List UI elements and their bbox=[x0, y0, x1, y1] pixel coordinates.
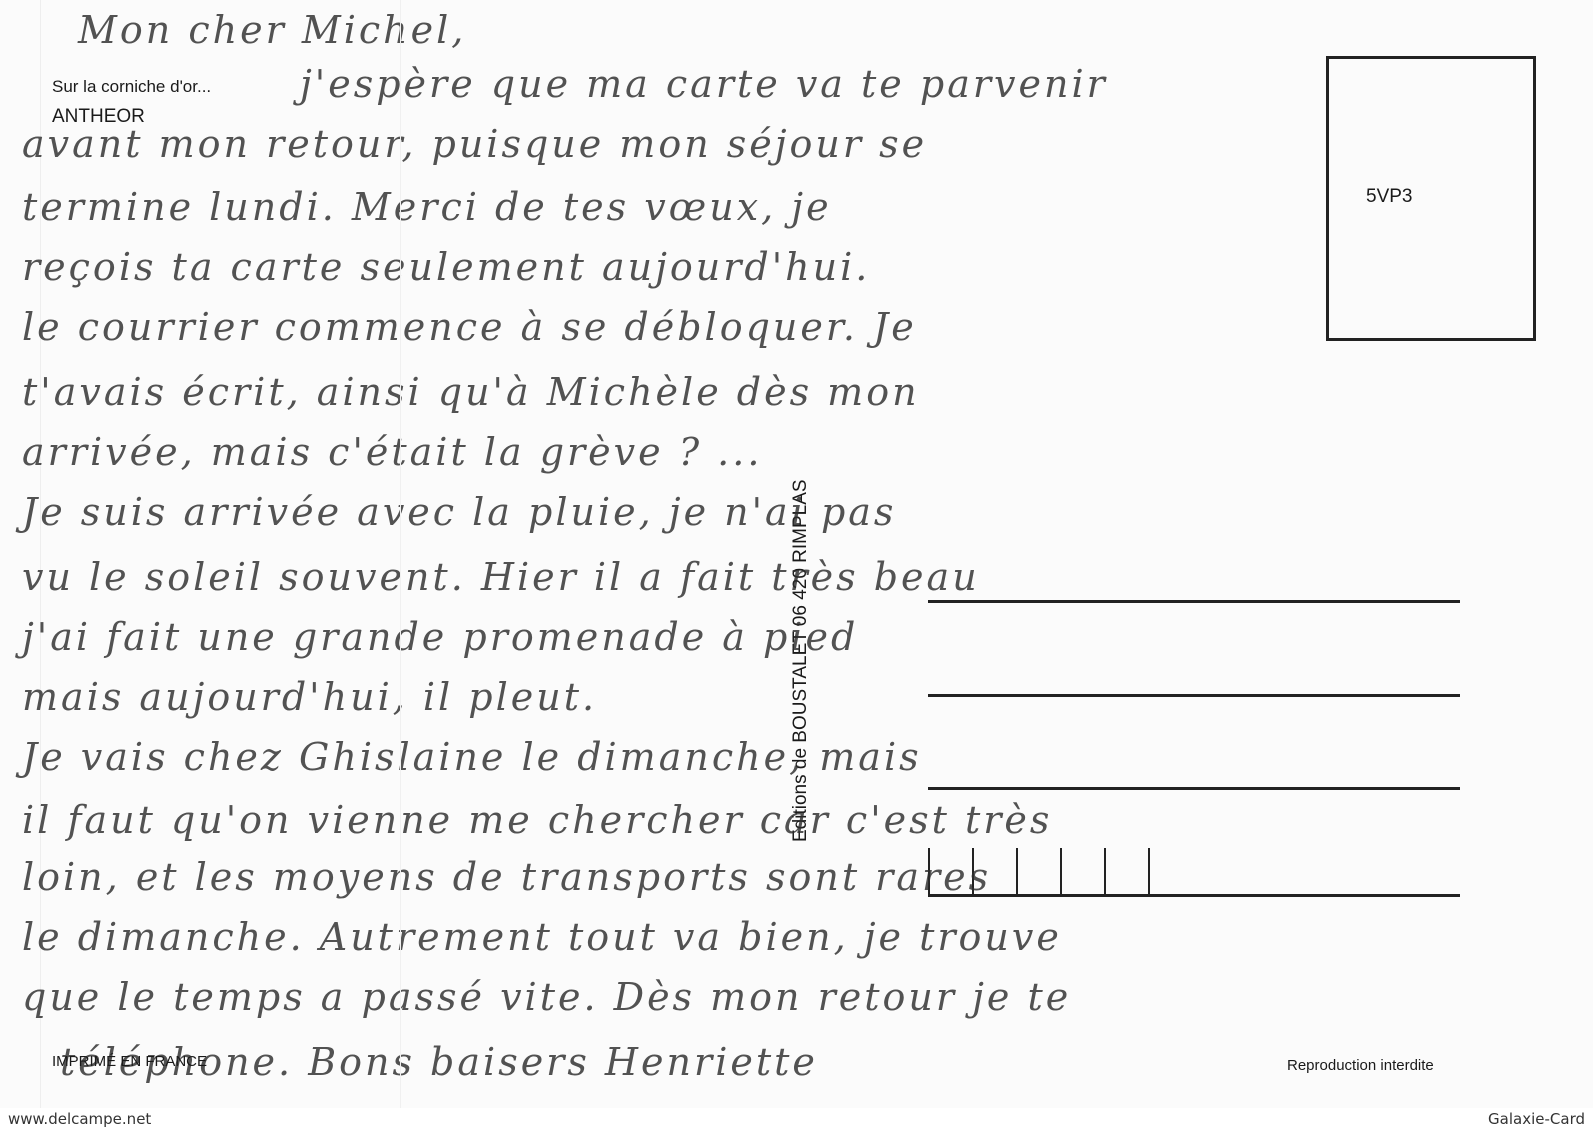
postal-code-box-divider bbox=[972, 848, 974, 896]
handwritten-line: Je suis arrivée avec la pluie, je n'ai p… bbox=[22, 490, 896, 534]
postcard-back: Sur la corniche d'or... ANTHEOR 5VP3 Edi… bbox=[0, 0, 1593, 1108]
watermark-left: www.delcampe.net bbox=[8, 1110, 151, 1128]
handwritten-line: reçois ta carte seulement aujourd'hui. bbox=[22, 245, 870, 289]
publisher-credit: Editions de BOUSTALET 06 420 RIMPLAS bbox=[790, 479, 812, 842]
watermark-right: Galaxie-Card bbox=[1488, 1110, 1585, 1128]
watermark-bar: www.delcampe.net Galaxie-Card bbox=[0, 1108, 1593, 1131]
handwritten-line: que le temps a passé vite. Dès mon retou… bbox=[22, 975, 1071, 1019]
handwritten-line: Je vais chez Ghislaine le dimanche, mais bbox=[22, 735, 922, 779]
stamp-box bbox=[1326, 56, 1536, 341]
address-line-2 bbox=[928, 694, 1460, 697]
handwritten-line: t'avais écrit, ainsi qu'à Michèle dès mo… bbox=[22, 370, 920, 414]
handwritten-line: vu le soleil souvent. Hier il a fait trè… bbox=[22, 555, 980, 599]
caption-title: Sur la corniche d'or... bbox=[52, 77, 211, 97]
handwritten-line: termine lundi. Merci de tes vœux, je bbox=[22, 185, 832, 229]
handwritten-line: il faut qu'on vienne me chercher car c'e… bbox=[22, 798, 1052, 842]
handwritten-line: arrivée, mais c'était la grève ? ... bbox=[22, 430, 762, 474]
postal-code-box-divider bbox=[1148, 848, 1150, 896]
address-line-4 bbox=[928, 894, 1460, 897]
handwritten-line: loin, et les moyens de transports sont r… bbox=[22, 855, 991, 899]
handwritten-line: j'espère que ma carte va te parvenir bbox=[300, 62, 1108, 106]
address-line-1 bbox=[928, 600, 1460, 603]
caption-location: ANTHEOR bbox=[52, 106, 145, 128]
address-line-3 bbox=[928, 787, 1460, 790]
reproduction-notice: Reproduction interdite bbox=[1287, 1057, 1434, 1074]
handwritten-line: j'ai fait une grande promenade à pied bbox=[22, 615, 858, 659]
handwritten-line: le courrier commence à se débloquer. Je bbox=[22, 305, 917, 349]
postal-code-box-divider bbox=[928, 848, 930, 896]
handwritten-line: le dimanche. Autrement tout va bien, je … bbox=[22, 915, 1062, 959]
postal-code-box-divider bbox=[1060, 848, 1062, 896]
handwritten-line: Mon cher Michel, bbox=[78, 8, 466, 52]
handwritten-line: mais aujourd'hui, il pleut. bbox=[22, 675, 597, 719]
imprint-label: IMPRIMÉ EN FRANCE bbox=[52, 1053, 207, 1070]
handwritten-line: avant mon retour, puisque mon séjour se bbox=[22, 122, 927, 166]
postal-code-box-divider bbox=[1016, 848, 1018, 896]
postal-code-box-divider bbox=[1104, 848, 1106, 896]
stamp-code: 5VP3 bbox=[1366, 186, 1412, 208]
